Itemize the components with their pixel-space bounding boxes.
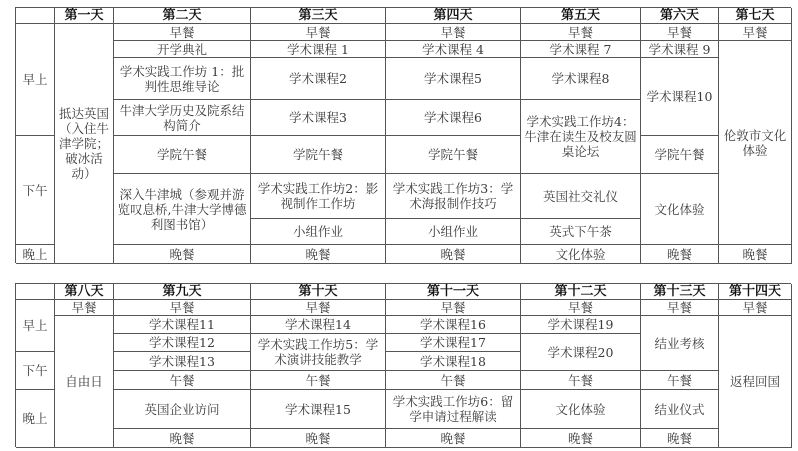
header-day8: 第八天 bbox=[55, 284, 114, 300]
day2-oxford-history: 牛津大学历史及院系结构简介 bbox=[114, 100, 251, 136]
day5-afternoon-tea: 英式下午茶 bbox=[521, 219, 641, 245]
day4-dinner: 晚餐 bbox=[386, 245, 521, 264]
day12-course19: 学术课程19 bbox=[521, 316, 641, 334]
day6-lunch: 学院午餐 bbox=[641, 136, 719, 174]
period-morning: 早上 bbox=[16, 300, 55, 352]
day9-course13: 学术课程13 bbox=[114, 352, 251, 371]
day5-course8: 学术课程8 bbox=[521, 58, 641, 100]
day6-course9: 学术课程 9 bbox=[641, 41, 719, 58]
header-day3: 第三天 bbox=[251, 8, 386, 24]
day7-london: 伦敦市文化体验 bbox=[719, 41, 792, 245]
day10-breakfast: 早餐 bbox=[251, 300, 386, 316]
day1-arrival: 抵达英国（入住牛津学院；破冰活动） bbox=[55, 24, 114, 264]
header-day1: 第一天 bbox=[55, 8, 114, 24]
day12-course20: 学术课程20 bbox=[521, 334, 641, 371]
corner-cell bbox=[16, 284, 55, 300]
day10-lunch: 午餐 bbox=[251, 371, 386, 390]
day8-breakfast: 早餐 bbox=[55, 300, 114, 316]
day2-city-tour: 深入牛津城（参观并游览叹息桥,牛津大学博德利图书馆） bbox=[114, 174, 251, 245]
day13-breakfast: 早餐 bbox=[641, 300, 719, 316]
day4-course5: 学术课程5 bbox=[386, 58, 521, 100]
day2-workshop1: 学术实践工作坊 1：批判性思维导论 bbox=[114, 58, 251, 100]
header-day12: 第十二天 bbox=[521, 284, 641, 300]
day3-dinner: 晚餐 bbox=[251, 245, 386, 264]
day4-course6: 学术课程6 bbox=[386, 100, 521, 136]
period-morning: 早上 bbox=[16, 24, 55, 136]
day14-return: 返程回国 bbox=[719, 316, 792, 448]
header-day10: 第十天 bbox=[251, 284, 386, 300]
day7-breakfast: 早餐 bbox=[719, 24, 792, 41]
day3-workshop2: 学术实践工作坊2：影视制作工作坊 bbox=[251, 174, 386, 219]
day4-lunch: 学院午餐 bbox=[386, 136, 521, 174]
day5-course7: 学术课程 7 bbox=[521, 41, 641, 58]
day9-breakfast: 早餐 bbox=[114, 300, 251, 316]
period-evening: 晚上 bbox=[16, 245, 55, 264]
day4-group-work: 小组作业 bbox=[386, 219, 521, 245]
header-day4: 第四天 bbox=[386, 8, 521, 24]
day6-culture: 文化体验 bbox=[641, 174, 719, 245]
day3-course2: 学术课程2 bbox=[251, 58, 386, 100]
day11-breakfast: 早餐 bbox=[386, 300, 521, 316]
day12-culture: 文化体验 bbox=[521, 390, 641, 429]
day13-graduation: 结业仪式 bbox=[641, 390, 719, 429]
day5-breakfast: 早餐 bbox=[521, 24, 641, 41]
day2-opening: 开学典礼 bbox=[114, 41, 251, 58]
day11-lunch: 午餐 bbox=[386, 371, 521, 390]
day13-final-exam: 结业考核 bbox=[641, 316, 719, 371]
day8-free-day: 自由日 bbox=[55, 316, 114, 448]
day12-breakfast: 早餐 bbox=[521, 300, 641, 316]
day4-breakfast: 早餐 bbox=[386, 24, 521, 41]
day10-course14: 学术课程14 bbox=[251, 316, 386, 334]
day9-course11: 学术课程11 bbox=[114, 316, 251, 334]
day2-lunch: 学院午餐 bbox=[114, 136, 251, 174]
header-day9: 第九天 bbox=[114, 284, 251, 300]
day4-workshop3: 学术实践工作坊3：学术海报制作技巧 bbox=[386, 174, 521, 219]
header-day6: 第六天 bbox=[641, 8, 719, 24]
day10-course15: 学术课程15 bbox=[251, 390, 386, 429]
day3-lunch: 学院午餐 bbox=[251, 136, 386, 174]
header-day2: 第二天 bbox=[114, 8, 251, 24]
header-day7: 第七天 bbox=[719, 8, 792, 24]
day11-course18: 学术课程18 bbox=[386, 352, 521, 371]
day6-breakfast: 早餐 bbox=[641, 24, 719, 41]
header-day14: 第十四天 bbox=[719, 284, 792, 300]
period-afternoon: 下午 bbox=[16, 136, 55, 245]
header-day13: 第十三天 bbox=[641, 284, 719, 300]
day2-dinner: 晚餐 bbox=[114, 245, 251, 264]
period-evening: 晚上 bbox=[16, 390, 55, 448]
day9-course12: 学术课程12 bbox=[114, 334, 251, 352]
day7-dinner: 晚餐 bbox=[719, 245, 792, 264]
day5-workshop4: 学术实践工作坊4：牛津在读生及校友圆桌论坛 bbox=[521, 100, 641, 174]
day9-lunch: 午餐 bbox=[114, 371, 251, 390]
day5-culture: 文化体验 bbox=[521, 245, 641, 264]
day3-course3: 学术课程3 bbox=[251, 100, 386, 136]
day13-lunch: 午餐 bbox=[641, 371, 719, 390]
day12-lunch: 午餐 bbox=[521, 371, 641, 390]
period-afternoon: 下午 bbox=[16, 352, 55, 390]
schedule-table-week2: 第八天 第九天 第十天 第十一天 第十二天 第十三天 第十四天 早上 下午 晚上… bbox=[15, 283, 791, 447]
header-day5: 第五天 bbox=[521, 8, 641, 24]
day3-group-work: 小组作业 bbox=[251, 219, 386, 245]
day11-course16: 学术课程16 bbox=[386, 316, 521, 334]
header-day11: 第十一天 bbox=[386, 284, 521, 300]
day6-course10: 学术课程10 bbox=[641, 58, 719, 136]
day2-breakfast: 早餐 bbox=[114, 24, 251, 41]
day9-company-visit: 英国企业访问 bbox=[114, 390, 251, 429]
day11-dinner: 晚餐 bbox=[386, 429, 521, 448]
day4-course4: 学术课程 4 bbox=[386, 41, 521, 58]
day13-dinner: 晚餐 bbox=[641, 429, 719, 448]
day10-workshop5: 学术实践工作坊5：学术演讲技能教学 bbox=[251, 334, 386, 371]
day5-etiquette: 英国社交礼仪 bbox=[521, 174, 641, 219]
day11-workshop6: 学术实践工作坊6：留学申请过程解读 bbox=[386, 390, 521, 429]
day9-dinner: 晚餐 bbox=[114, 429, 251, 448]
day11-course17: 学术课程17 bbox=[386, 334, 521, 352]
day10-dinner: 晚餐 bbox=[251, 429, 386, 448]
corner-cell bbox=[16, 8, 55, 24]
day12-dinner: 晚餐 bbox=[521, 429, 641, 448]
day3-course1: 学术课程 1 bbox=[251, 41, 386, 58]
day14-breakfast: 早餐 bbox=[719, 300, 792, 316]
day3-breakfast: 早餐 bbox=[251, 24, 386, 41]
schedule-table-week1: 第一天 第二天 第三天 第四天 第五天 第六天 第七天 早上 下午 晚上 抵达英… bbox=[15, 7, 791, 263]
day6-dinner: 晚餐 bbox=[641, 245, 719, 264]
